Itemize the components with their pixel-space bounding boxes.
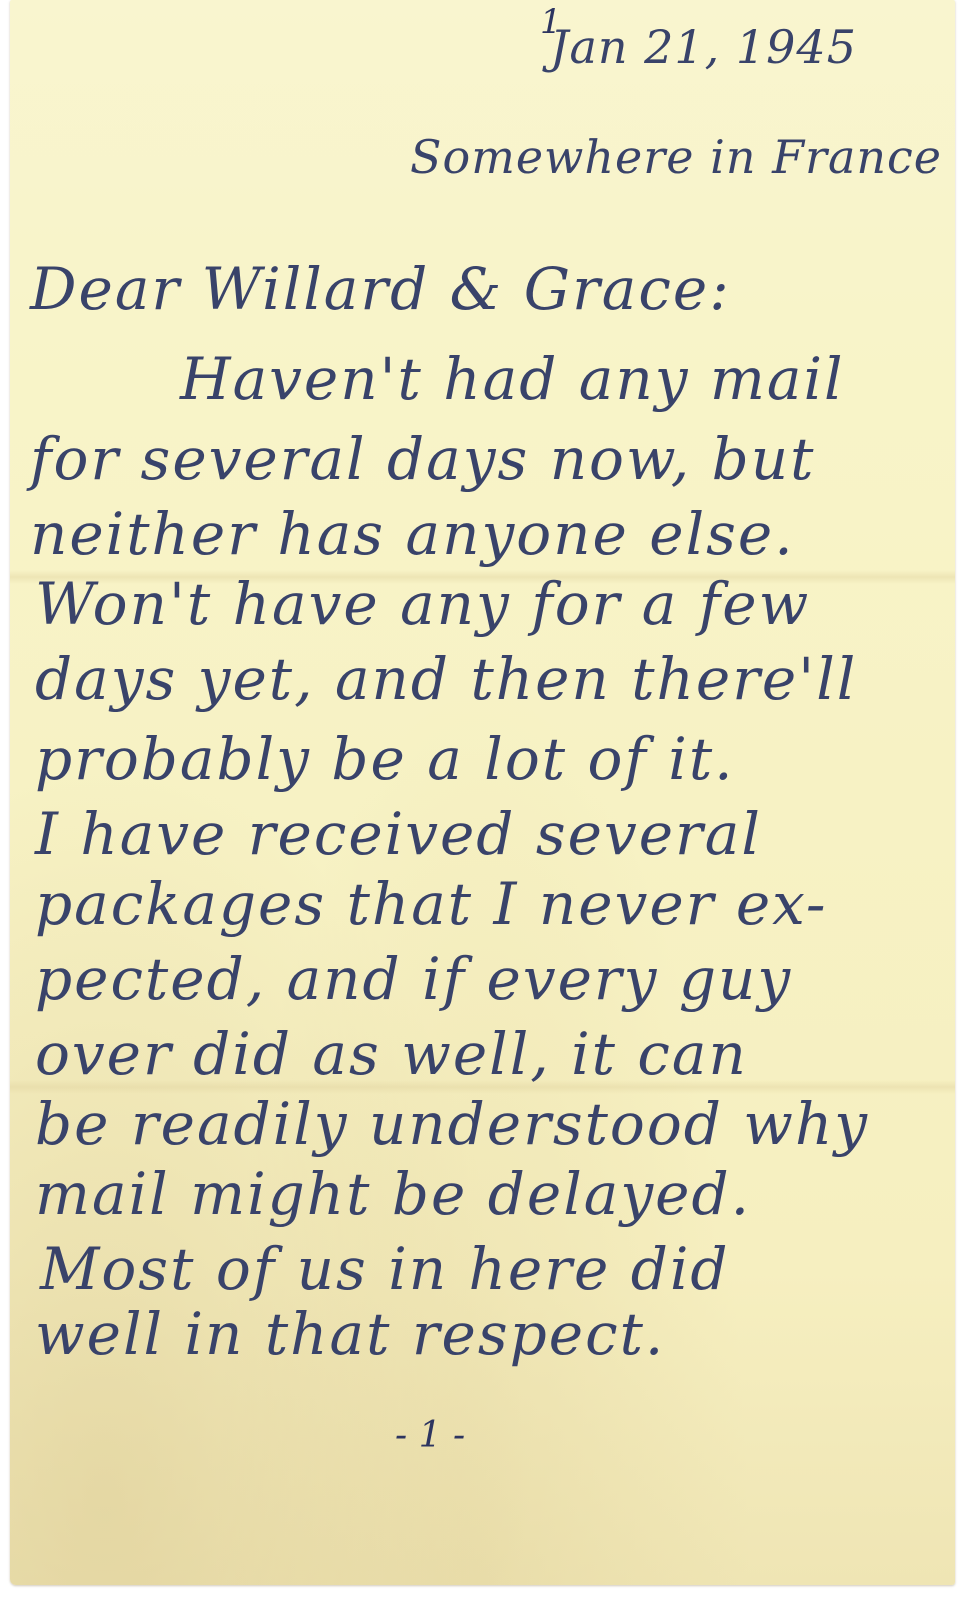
- letter-salutation: Dear Willard & Grace:: [30, 255, 731, 323]
- letter-date: Jan 21, 1945: [550, 20, 857, 74]
- letter-line: Most of us in here did: [40, 1235, 730, 1303]
- letter-line: packages that I never ex-: [35, 870, 827, 938]
- letter-line: Haven't had any mail: [180, 345, 845, 413]
- letter-page: 1 Jan 21, 1945 Somewhere in France Dear …: [10, 0, 955, 1585]
- letter-line: over did as well, it can: [35, 1020, 748, 1088]
- letter-line: for several days now, but: [30, 425, 815, 493]
- page-number: - 1 -: [395, 1415, 465, 1456]
- letter-line: probably be a lot of it.: [35, 725, 735, 793]
- letter-location: Somewhere in France: [410, 130, 942, 184]
- letter-line: Won't have any for a few: [35, 570, 810, 638]
- letter-line: well in that respect.: [35, 1300, 665, 1368]
- letter-line: days yet, and then there'll: [35, 645, 857, 713]
- letter-line: mail might be delayed.: [35, 1160, 751, 1228]
- letter-line: be readily understood why: [35, 1090, 869, 1158]
- letter-line: I have received several: [35, 800, 762, 868]
- letter-line: neither has anyone else.: [30, 500, 795, 568]
- letter-line: pected, and if every guy: [35, 945, 792, 1013]
